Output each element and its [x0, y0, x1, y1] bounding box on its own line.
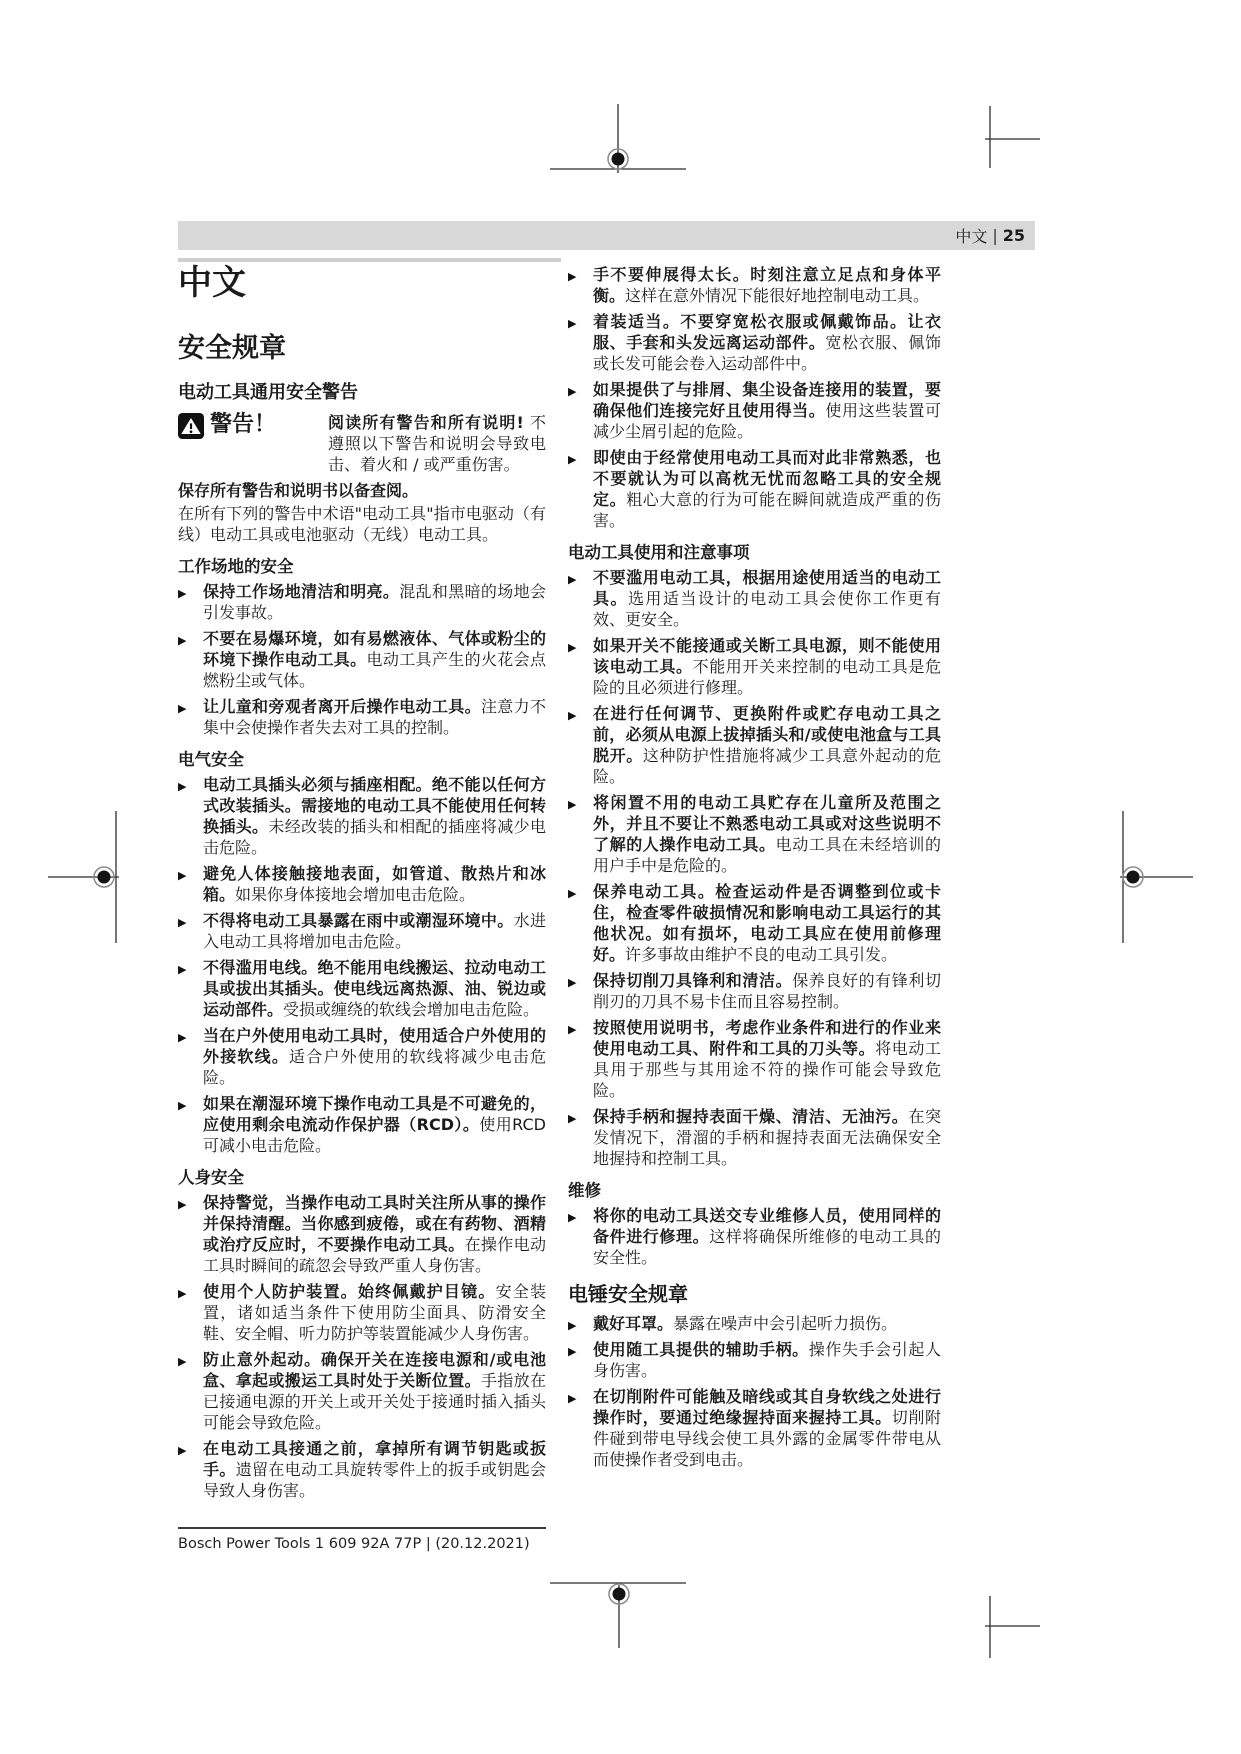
header-language-label: 中文 — [955, 224, 987, 247]
bullet-triangle-icon: ▶ — [178, 959, 186, 980]
safety-bullet-item: ▶不要在易爆环境，如有易燃液体、气体或粉尘的环境下操作电动工具。电动工具产生的火… — [178, 628, 546, 691]
safety-bullet-item: ▶当在户外使用电动工具时，使用适合户外使用的外接软线。适合户外使用的软线将减少电… — [178, 1025, 546, 1088]
bullet-triangle-icon: ▶ — [178, 1351, 186, 1372]
safety-bullet-item: ▶如果提供了与排屑、集尘设备连接用的装置，要确保他们连接完好且使用得当。使用这些… — [568, 379, 941, 442]
safety-bullet-item: ▶保持警觉，当操作电动工具时关注所从事的操作并保持清醒。当你感到疲倦，或在有药物… — [178, 1192, 546, 1276]
left-column: 中文 安全规章 电动工具通用安全警告警告！阅读所有警告和所有说明! 不遵照以下警… — [178, 264, 546, 1506]
registration-mark-top-icon — [550, 98, 686, 178]
safety-bullet-item: ▶避免人体接触接地表面，如管道、散热片和冰箱。如果你身体接地会增加电击危险。 — [178, 863, 546, 905]
bullet-text: 这样在意外情况下能很好地控制电动工具。 — [625, 286, 929, 305]
section-heading: 电气安全 — [178, 749, 546, 770]
safety-bullet-item: ▶在电动工具接通之前，拿掉所有调节钥匙或扳手。遗留在电动工具旋转零件上的扳手或钥… — [178, 1438, 546, 1501]
safety-bullet-item: ▶使用个人防护装置。始终佩戴护目镜。安全装置，诸如适当条件下使用防尘面具、防滑安… — [178, 1281, 546, 1344]
section-heading: 工作场地的安全 — [178, 556, 546, 577]
safety-bullet-item: ▶防止意外起动。确保开关在连接电源和/或电池盒、拿起或搬运工具时处于关断位置。手… — [178, 1349, 546, 1433]
bullet-bold-text: 在切削附件可能触及暗线或其自身软线之处进行操作时，要通过绝缘握持面来握持工具。 — [593, 1387, 941, 1427]
bullet-triangle-icon: ▶ — [178, 698, 186, 719]
header-divider: | — [992, 226, 997, 245]
left-column-blocks: 电动工具通用安全警告警告！阅读所有警告和所有说明! 不遵照以下警告和说明会导致电… — [178, 382, 546, 1501]
bullet-triangle-icon: ▶ — [178, 1095, 186, 1116]
warning-box: 警告！阅读所有警告和所有说明! 不遵照以下警告和说明会导致电击、着火和 / 或严… — [178, 412, 546, 475]
safety-bullet-item: ▶电动工具插头必须与插座相配。绝不能以任何方式改装插头。需接地的电动工具不能使用… — [178, 774, 546, 858]
section-title: 安全规章 — [178, 333, 546, 364]
page-header-bar: 中文 | 25 — [178, 221, 1035, 250]
bullet-triangle-icon: ▶ — [568, 883, 576, 904]
trim-mark-bottom-right-icon — [978, 1596, 1048, 1662]
bullet-bold-text: 使用个人防护装置。始终佩戴护目镜。 — [203, 1282, 496, 1301]
bullet-text: 受损或缠绕的软线会增加电击危险。 — [283, 1000, 539, 1019]
safety-bullet-item: ▶不得将电动工具暴露在雨中或潮湿环境中。水进入电动工具将增加电击危险。 — [178, 910, 546, 952]
bullet-bold-text: 让儿童和旁观者离开后操作电动工具。 — [203, 697, 481, 716]
section-heading: 维修 — [568, 1180, 941, 1201]
safety-bullet-item: ▶在进行任何调节、更换附件或贮存电动工具之前，必须从电源上拔掉插头和/或使电池盒… — [568, 703, 941, 787]
warning-label: 警告！ — [210, 412, 276, 438]
safety-bullet-item: ▶将你的电动工具送交专业维修人员，使用同样的备件进行修理。这样将确保所维修的电动… — [568, 1205, 941, 1268]
bullet-text: 暴露在噪声中会引起听力损伤。 — [673, 1314, 897, 1333]
safety-bullet-item: ▶如果在潮湿环境下操作电动工具是不可避免的，应使用剩余电流动作保护器（RCD）。… — [178, 1093, 546, 1156]
bullet-triangle-icon: ▶ — [568, 313, 576, 334]
bullet-triangle-icon: ▶ — [178, 583, 186, 604]
registration-mark-right-icon — [1115, 806, 1195, 946]
right-column: ▶手不要伸展得太长。时刻注意立足点和身体平衡。这样在意外情况下能很好地控制电动工… — [568, 264, 941, 1475]
bullet-triangle-icon: ▶ — [568, 449, 576, 470]
bullet-triangle-icon: ▶ — [568, 266, 576, 287]
bullet-text: 许多事故由维护不良的电动工具引发。 — [625, 945, 897, 964]
safety-bullet-item: ▶保持手柄和握持表面干燥、清洁、无油污。在突发情况下，滑溜的手柄和握持表面无法确… — [568, 1106, 941, 1169]
bullet-triangle-icon: ▶ — [178, 912, 186, 933]
bullet-bold-text: 保持工作场地清洁和明亮。 — [203, 582, 399, 601]
section-heading: 人身安全 — [178, 1167, 546, 1188]
safety-bullet-item: ▶戴好耳罩。暴露在噪声中会引起听力损伤。 — [568, 1313, 941, 1334]
right-column-blocks: ▶手不要伸展得太长。时刻注意立足点和身体平衡。这样在意外情况下能很好地控制电动工… — [568, 264, 941, 1470]
safety-bullet-item: ▶不得滥用电线。绝不能用电线搬运、拉动电动工具或拔出其插头。使电线远离热源、油、… — [178, 957, 546, 1020]
bullet-triangle-icon: ▶ — [178, 776, 186, 797]
bullet-triangle-icon: ▶ — [568, 1341, 576, 1362]
trim-mark-top-right-icon — [978, 106, 1048, 172]
safety-bullet-item: ▶保持工作场地清洁和明亮。混乱和黑暗的场地会引发事故。 — [178, 581, 546, 623]
warning-label-group: 警告！ — [178, 412, 328, 456]
safety-bullet-item: ▶着装适当。不要穿宽松衣服或佩戴饰品。让衣服、手套和头发远离运动部件。宽松衣服、… — [568, 311, 941, 374]
safety-bullet-item: ▶保持切削刀具锋利和清洁。保养良好的有锋利切削刃的刀具不易卡住而且容易控制。 — [568, 970, 941, 1012]
subsection-heading: 电动工具通用安全警告 — [178, 382, 546, 403]
bullet-bold-text: 戴好耳罩。 — [593, 1314, 673, 1333]
registration-mark-bottom-icon — [550, 1575, 686, 1655]
bullet-bold-text: 保持手柄和握持表面干燥、清洁、无油污。 — [593, 1107, 908, 1126]
bullet-text: 选用适当设计的电动工具会使你工作更有效、更安全。 — [593, 589, 941, 629]
bullet-bold-text: 保持切削刀具锋利和清洁。 — [593, 971, 792, 990]
bullet-triangle-icon: ▶ — [568, 381, 576, 402]
safety-bullet-item: ▶保养电动工具。检查运动件是否调整到位或卡住，检查零件破损情况和影响电动工具运行… — [568, 881, 941, 965]
safety-bullet-item: ▶将闲置不用的电动工具贮存在儿童所及范围之外，并且不要让不熟悉电动工具或对这些说… — [568, 792, 941, 876]
bullet-triangle-icon: ▶ — [178, 1027, 186, 1048]
safety-bullet-item: ▶使用随工具提供的辅助手柄。操作失手会引起人身伤害。 — [568, 1339, 941, 1381]
bullet-triangle-icon: ▶ — [178, 1283, 186, 1304]
safety-bullet-item: ▶即使由于经常使用电动工具而对此非常熟悉，也不要就认为可以高枕无忧而忽略工具的安… — [568, 447, 941, 531]
bullet-bold-text: 不得将电动工具暴露在雨中或潮湿环境中。 — [203, 911, 514, 930]
bullet-triangle-icon: ▶ — [178, 865, 186, 886]
safety-bullet-item: ▶如果开关不能接通或关断工具电源，则不能使用该电动工具。不能用开关来控制的电动工… — [568, 635, 941, 698]
header-subline — [178, 258, 561, 262]
bullet-triangle-icon: ▶ — [568, 705, 576, 726]
bullet-triangle-icon: ▶ — [568, 1019, 576, 1040]
bullet-triangle-icon: ▶ — [568, 1108, 576, 1129]
bullet-triangle-icon: ▶ — [178, 1440, 186, 1461]
bullet-text: 这种防护性措施将减少工具意外起动的危险。 — [593, 746, 941, 786]
bullet-text: 粗心大意的行为可能在瞬间就造成严重的伤害。 — [593, 490, 941, 530]
registration-mark-left-icon — [45, 806, 125, 946]
bullet-triangle-icon: ▶ — [568, 794, 576, 815]
bullet-triangle-icon: ▶ — [178, 1194, 186, 1215]
section-heading: 电动工具使用和注意事项 — [568, 542, 941, 563]
page-title: 中文 — [178, 264, 546, 303]
bullet-triangle-icon: ▶ — [178, 630, 186, 651]
bullet-bold-text: 使用随工具提供的辅助手柄。 — [593, 1340, 809, 1359]
safety-bullet-item: ▶在切削附件可能触及暗线或其自身软线之处进行操作时，要通过绝缘握持面来握持工具。… — [568, 1386, 941, 1470]
safety-bullet-item: ▶不要滥用电动工具，根据用途使用适当的电动工具。选用适当设计的电动工具会使你工作… — [568, 567, 941, 630]
bullet-text: 遗留在电动工具旋转零件上的扳手或钥匙会导致人身伤害。 — [203, 1460, 546, 1500]
bullet-triangle-icon: ▶ — [568, 972, 576, 993]
bullet-triangle-icon: ▶ — [568, 637, 576, 658]
footer-rule — [178, 1527, 546, 1529]
safety-bullet-item: ▶手不要伸展得太长。时刻注意立足点和身体平衡。这样在意外情况下能很好地控制电动工… — [568, 264, 941, 306]
chapter-heading: 电锤安全规章 — [568, 1284, 941, 1305]
warning-triangle-icon — [178, 413, 204, 439]
warning-bold-text: 阅读所有警告和所有说明! — [328, 413, 524, 432]
bullet-triangle-icon: ▶ — [568, 1388, 576, 1409]
bullet-text: 如果你身体接地会增加电击危险。 — [235, 885, 475, 904]
paragraph: 在所有下列的警告中术语"电动工具"指市电驱动（有线）电动工具或电池驱动（无线）电… — [178, 503, 546, 545]
safety-bullet-item: ▶让儿童和旁观者离开后操作电动工具。注意力不集中会使操作者失去对工具的控制。 — [178, 696, 546, 738]
paragraph-bold: 保存所有警告和说明书以备查阅。 — [178, 480, 546, 501]
manual-page: 中文 | 25 中文 安全规章 电动工具通用安全警告警告！阅读所有警告和所有说明… — [0, 0, 1241, 1754]
footer-text: Bosch Power Tools 1 609 92A 77P | (20.12… — [178, 1536, 530, 1552]
bullet-triangle-icon: ▶ — [568, 569, 576, 590]
safety-bullet-item: ▶按照使用说明书，考虑作业条件和进行的作业来使用电动工具、附件和工具的刀头等。将… — [568, 1017, 941, 1101]
bullet-triangle-icon: ▶ — [568, 1315, 576, 1336]
header-page-number: 25 — [1003, 226, 1025, 245]
bullet-triangle-icon: ▶ — [568, 1207, 576, 1228]
